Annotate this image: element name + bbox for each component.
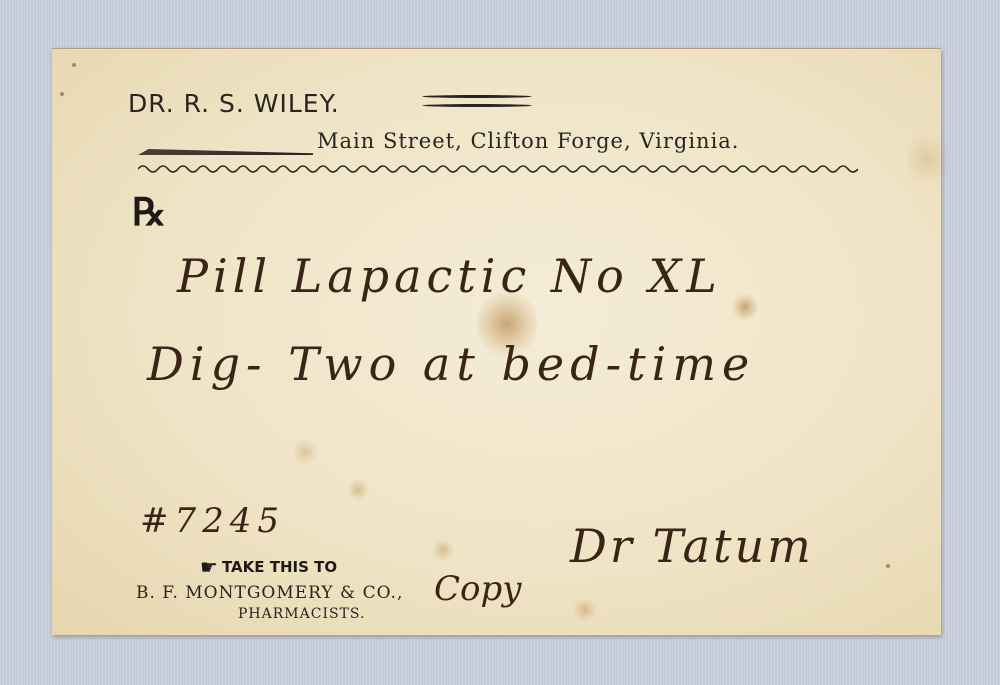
- flourish-decoration: [422, 95, 532, 111]
- stain: [732, 294, 758, 320]
- pharmacy-name: B. F. MONTGOMERY & CO.,: [136, 583, 403, 603]
- address-rule: [138, 149, 313, 155]
- speck: [886, 564, 890, 568]
- stain: [907, 129, 947, 189]
- speck: [72, 63, 76, 67]
- prescription-line-1: Pill Lapactic No XL: [177, 249, 722, 303]
- wavy-divider: [138, 163, 858, 175]
- prescription-card: DR. R. S. WILEY. Main Street, Clifton Fo…: [52, 48, 941, 635]
- stain: [432, 539, 454, 561]
- doctor-signature: Dr Tatum: [570, 519, 814, 573]
- take-this-to-text: TAKE THIS TO: [222, 558, 337, 576]
- doctor-name: DR. R. S. WILEY.: [128, 89, 340, 118]
- stain: [572, 599, 598, 621]
- prescription-number: #7245: [140, 501, 285, 541]
- address: Main Street, Clifton Forge, Virginia.: [317, 129, 739, 153]
- stain: [347, 479, 369, 501]
- take-this-to-label: ☛ TAKE THIS TO: [200, 557, 337, 577]
- speck: [60, 92, 64, 96]
- prescription-line-2: Dig- Two at bed-time: [147, 337, 755, 391]
- pharmacy-title: PHARMACISTS.: [238, 606, 365, 622]
- stain: [292, 439, 318, 465]
- copy-note: Copy: [434, 569, 521, 609]
- rx-symbol: ℞: [132, 189, 166, 234]
- pointing-hand-icon: ☛: [200, 557, 218, 577]
